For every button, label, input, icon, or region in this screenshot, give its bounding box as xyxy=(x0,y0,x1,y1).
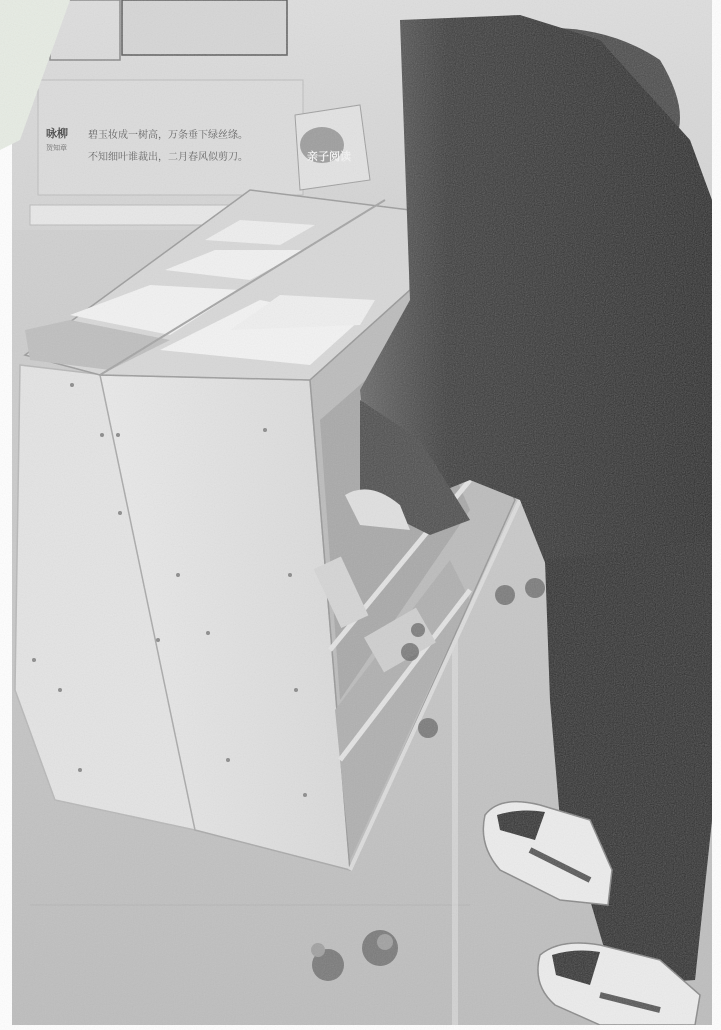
cartoon-sticker-5 xyxy=(418,718,438,738)
photo-scene: 咏柳 贺知章 碧玉妆成一树高，万条垂下绿丝绦。 不知细叶谁裁出，二月春风似剪刀。 xyxy=(0,0,721,1030)
cartoon-sticker-4 xyxy=(401,643,419,661)
book-on-display: 亲子阅读 xyxy=(295,105,370,190)
poem-line-2: 不知细叶谁裁出，二月春风似剪刀。 xyxy=(88,150,248,163)
book-title: 亲子阅读 xyxy=(307,149,351,163)
wall-frame-top xyxy=(122,0,287,55)
wall-poem-poster: 咏柳 贺知章 碧玉妆成一树高，万条垂下绿丝绦。 不知细叶谁裁出，二月春风似剪刀。 xyxy=(38,80,303,195)
poem-author: 贺知章 xyxy=(46,143,67,152)
poem-title: 咏柳 xyxy=(46,126,68,140)
cartoon-sticker-6 xyxy=(411,623,425,637)
cartoon-sticker-2 xyxy=(362,930,398,966)
poem-line-1: 碧玉妆成一树高，万条垂下绿丝绦。 xyxy=(88,128,248,141)
